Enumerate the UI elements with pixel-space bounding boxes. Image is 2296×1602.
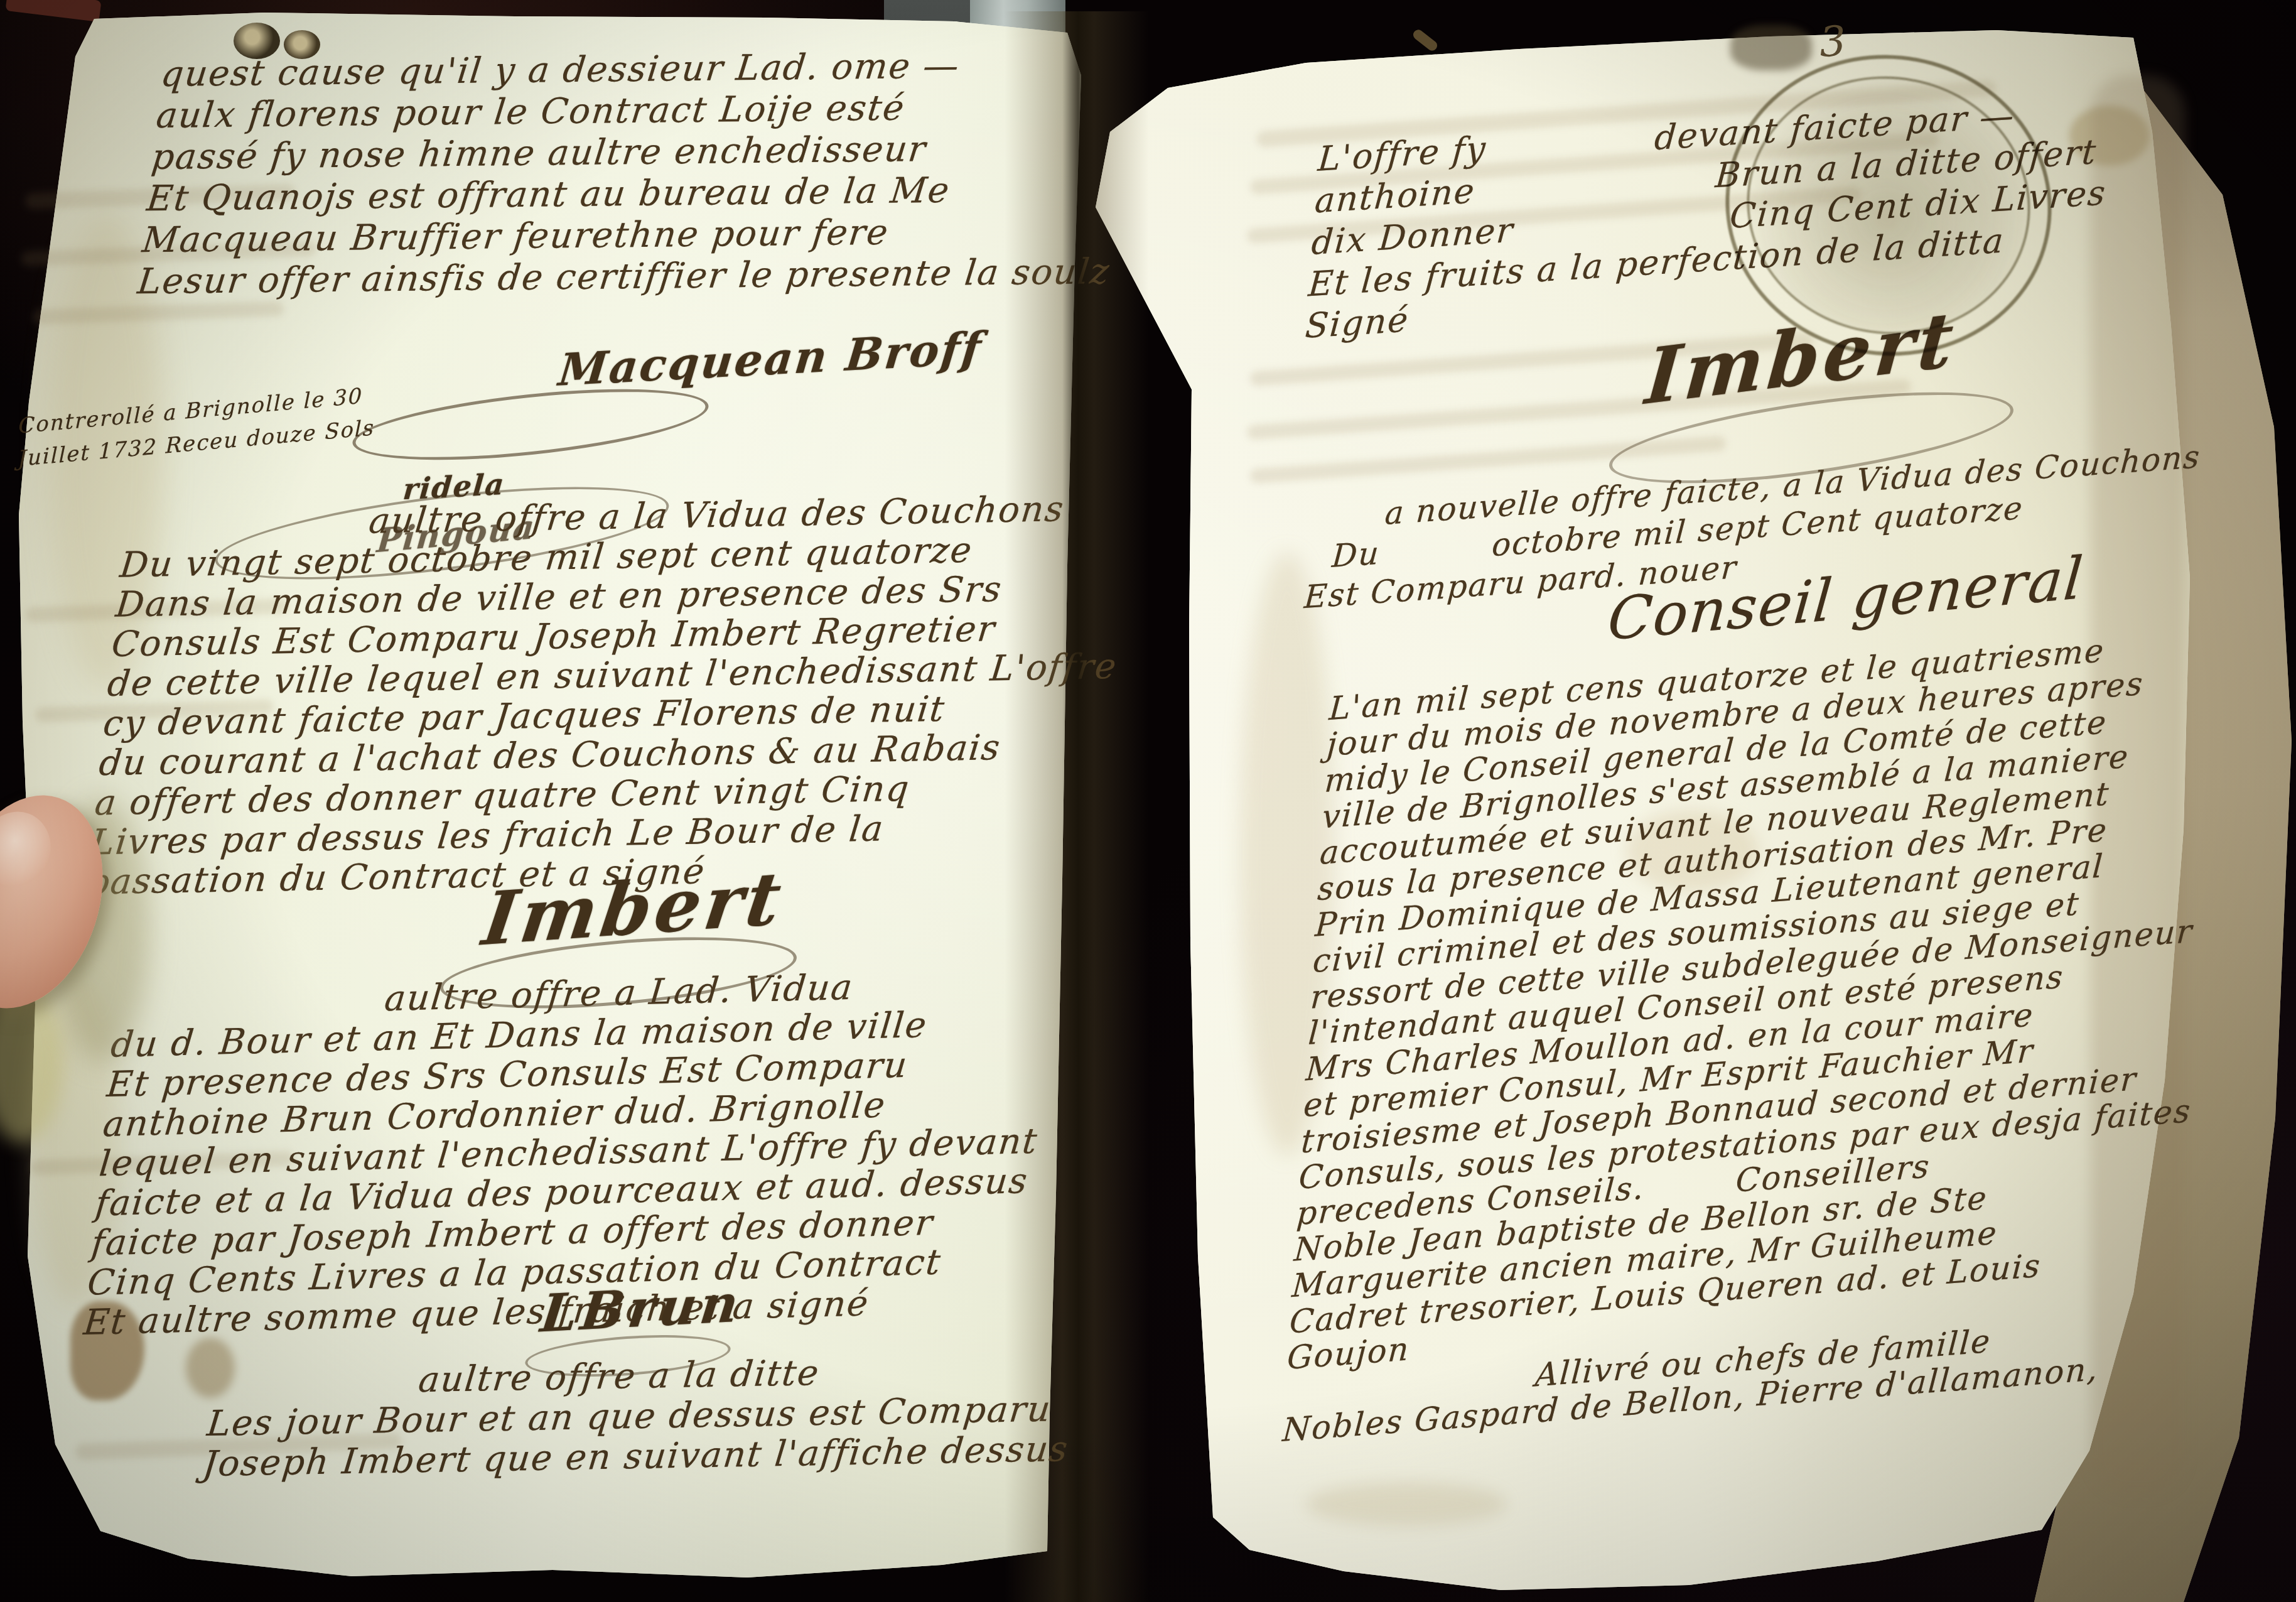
- left-paragraph-1: quest cause qu'il y a dessieur Lad. ome …: [136, 44, 1136, 303]
- manuscript-photo: quest cause qu'il y a dessieur Lad. ome …: [0, 0, 2296, 1602]
- signature-brun: LBrun: [537, 1273, 745, 1344]
- ink-stamp: [1706, 34, 2071, 377]
- ink-mark: [1411, 28, 1440, 53]
- left-paragraph-2: aultre offre a la Vidua des Couchons Du …: [85, 488, 1136, 902]
- background-object-red: [5, 0, 101, 22]
- left-paragraph-4: aultre offre a la ditte Les jour Bour et…: [201, 1349, 1079, 1485]
- right-paragraph-3: L'an mil sept cens quatorze et le quatri…: [1281, 624, 2223, 1449]
